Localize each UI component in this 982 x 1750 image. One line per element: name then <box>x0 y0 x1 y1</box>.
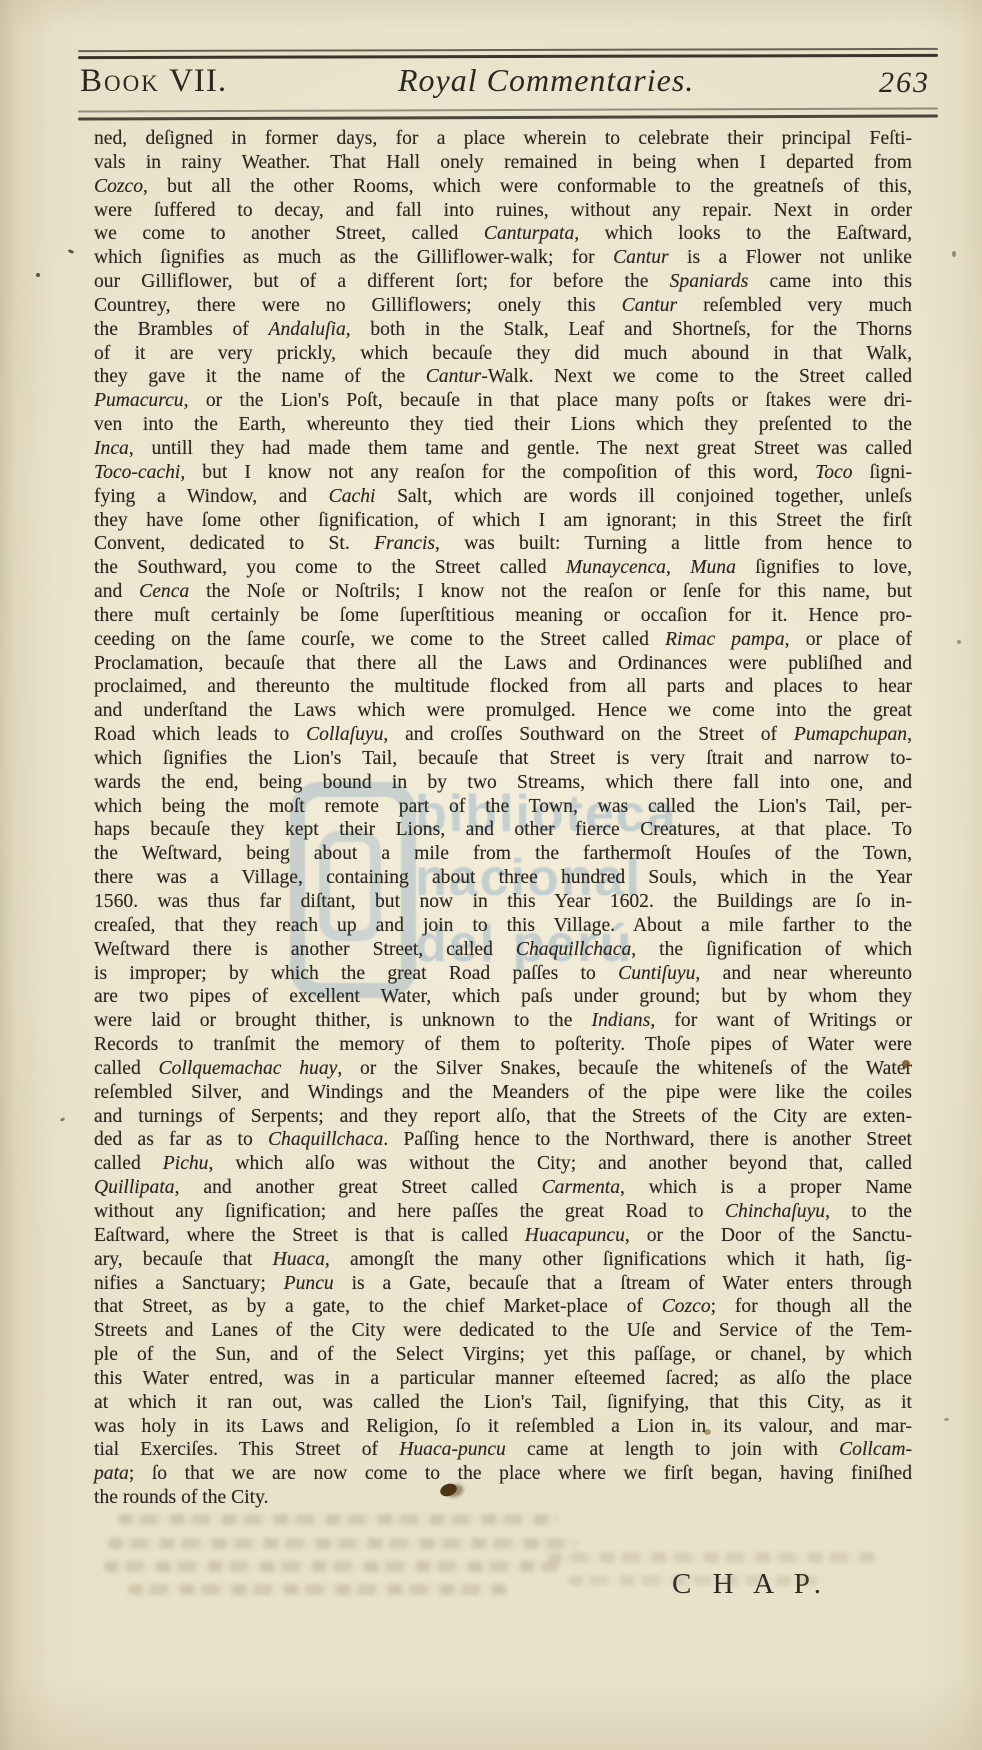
text-line: the Brambles of Andaluſia, both in the S… <box>94 318 912 342</box>
text-line: Pumacurcu, or the Lion's Poſt, becauſe i… <box>94 389 912 413</box>
text-line: at which it ran out, was called the Lion… <box>94 1391 912 1415</box>
text-line: Eaſtward, where the Street is that is ca… <box>94 1224 912 1248</box>
bleedthrough-smudge <box>108 1538 578 1549</box>
text-line: Inca, untill they had made them tame and… <box>94 437 912 461</box>
text-line: Toco-cachi, but I know not any reaſon fo… <box>94 461 912 485</box>
text-line: our Gilliflower, but of a different ſort… <box>94 270 912 294</box>
text-line: Cozco, but all the other Rooms, which we… <box>94 175 912 199</box>
book-word: Book <box>80 63 160 99</box>
text-line: haps becauſe they kept their Lions, and … <box>94 818 912 842</box>
text-line: which being the moſt remote part of the … <box>94 795 912 819</box>
bleedthrough-smudge <box>568 1575 828 1586</box>
ink-speck <box>957 640 961 644</box>
text-line: the Weſtward, being about a mile from th… <box>94 842 912 866</box>
bleedthrough-smudge <box>118 1514 558 1525</box>
book-page: Book VII. Royal Commentaries. 263 biblio… <box>0 0 982 1750</box>
text-line: Road which leads to Collaſuyu, and croſſ… <box>94 723 912 747</box>
text-line: Countrey, there were no Gilliflowers; on… <box>94 294 912 318</box>
text-line: ceeding on the ſame courſe, we come to t… <box>94 628 912 652</box>
text-line: the rounds of the City. <box>94 1486 912 1510</box>
page-header: Book VII. Royal Commentaries. 263 <box>0 0 982 120</box>
text-line: Proclamation, becauſe that there all the… <box>94 652 912 676</box>
ink-blot <box>902 1060 910 1068</box>
text-line: vals in rainy Weather. That Hall onely r… <box>94 151 912 175</box>
ink-speck <box>952 251 956 257</box>
text-line: and Cenca the Noſe or Noſtrils; I know n… <box>94 580 912 604</box>
body-text: ned, deſigned in former days, for a plac… <box>94 127 912 1510</box>
running-title: Royal Commentaries. <box>398 62 694 99</box>
text-line: is improper; by which the great Road paſ… <box>94 962 912 986</box>
book-label: Book VII. <box>80 63 227 100</box>
bleedthrough-smudge <box>548 1552 878 1563</box>
text-line: ven into the Earth, whereunto they tied … <box>94 413 912 437</box>
text-line: of it are very prickly, which becauſe th… <box>94 342 912 366</box>
text-line: nifies a Sanctuary; Puncu is a Gate, bec… <box>94 1272 912 1296</box>
text-line: which ſignifies as much as the Gilliflow… <box>94 246 912 270</box>
text-line: Weſtward there is another Street, called… <box>94 938 912 962</box>
text-line: called Pichu, which alſo was without the… <box>94 1152 912 1176</box>
text-line: there muſt certainly be ſome ſuperſtitio… <box>94 604 912 628</box>
text-line: they gave it the name of the Cantur-Walk… <box>94 365 912 389</box>
text-line: are two pipes of excellent Water, which … <box>94 985 912 1009</box>
text-line: 1560. was thus far diſtant, but now in t… <box>94 890 912 914</box>
text-line: and turnings of Serpents; and they repor… <box>94 1105 912 1129</box>
text-line: without any ſignification; and here paſſ… <box>94 1200 912 1224</box>
text-line: Convent, dedicated to St. Francis, was b… <box>94 532 912 556</box>
text-line: which ſignifies the Lion's Tail, becauſe… <box>94 747 912 771</box>
page-number: 263 <box>879 66 930 100</box>
text-line: Records to tranſmit the memory of them t… <box>94 1033 912 1057</box>
text-line: ned, deſigned in former days, for a plac… <box>94 127 912 151</box>
text-line: was holy in its Laws and Religion, ſo it… <box>94 1415 912 1439</box>
text-line: tial Exerciſes. This Street of Huaca-pun… <box>94 1438 912 1462</box>
text-line: Streets and Lanes of the City were dedic… <box>94 1319 912 1343</box>
text-line: ple of the Sun, and of the Select Virgin… <box>94 1343 912 1367</box>
text-line: fying a Window, and Cachi Salt, which ar… <box>94 485 912 509</box>
ink-speck <box>944 1418 949 1421</box>
text-line: were ſuffered to decay, and fall into ru… <box>94 199 912 223</box>
text-line: were laid or brought thither, is unknown… <box>94 1009 912 1033</box>
text-line: ded as far as to Chaquillchaca. Paſſing … <box>94 1128 912 1152</box>
ink-blot <box>704 1429 711 1435</box>
bleedthrough-smudge <box>128 1584 508 1595</box>
text-line: reſembled Silver, and Windings and the M… <box>94 1081 912 1105</box>
text-line: the Southward, you come to the Street ca… <box>94 556 912 580</box>
text-line: they have ſome other ſignification, of w… <box>94 509 912 533</box>
text-line: ary, becauſe that Huaca, amongſt the man… <box>94 1248 912 1272</box>
text-line: called Collquemachac huay, or the Silver… <box>94 1057 912 1081</box>
text-line: there was a Village, containing about th… <box>94 866 912 890</box>
text-line: that Street, as by a gate, to the chief … <box>94 1295 912 1319</box>
ink-speck <box>36 273 40 277</box>
text-line: proclaimed, and thereunto the multitude … <box>94 675 912 699</box>
bleedthrough-smudge <box>104 1561 559 1572</box>
text-line: this Water entred, was in a particular m… <box>94 1367 912 1391</box>
book-numeral: VII. <box>169 63 227 99</box>
text-line: creaſed, that they reach up and join to … <box>94 914 912 938</box>
text-line: Quillipata, and another great Street cal… <box>94 1176 912 1200</box>
text-line: we come to another Street, called Cantur… <box>94 222 912 246</box>
text-line: wards the end, being bound in by two Str… <box>94 771 912 795</box>
ink-speck <box>68 249 75 254</box>
text-line: and underſtand the Laws which were promu… <box>94 699 912 723</box>
text-line: pata; ſo that we are now come to the pla… <box>94 1462 912 1486</box>
ink-speck <box>60 1117 66 1122</box>
